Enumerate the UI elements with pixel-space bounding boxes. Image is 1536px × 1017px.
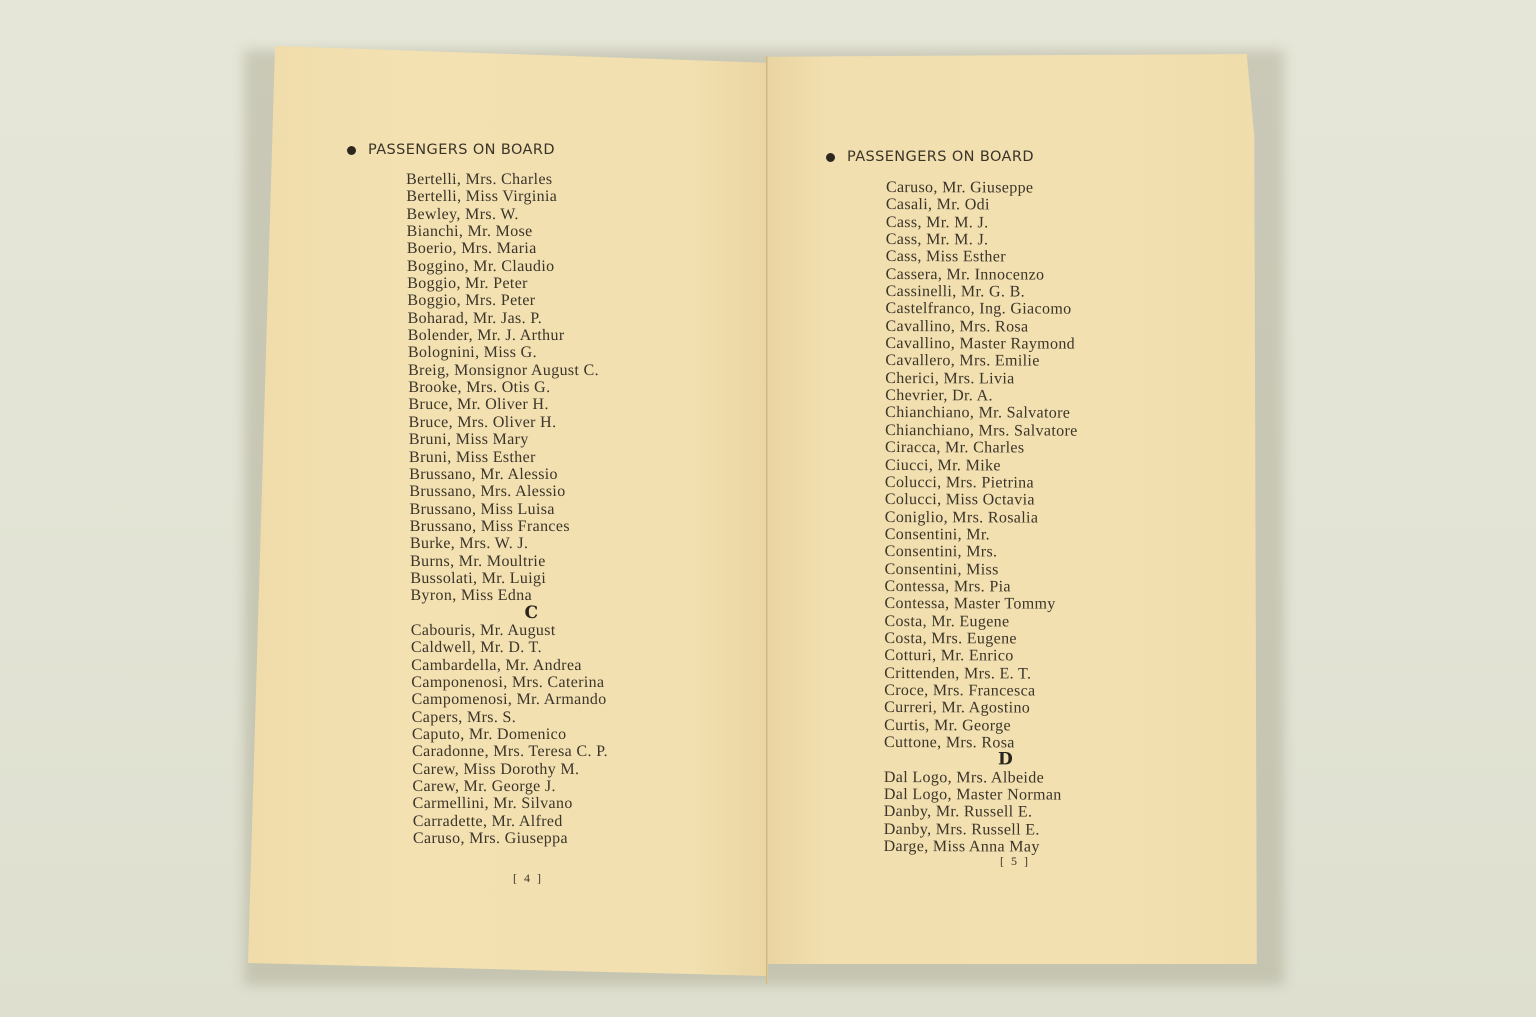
- passenger-entry: Bussolati, Mr. Luigi: [410, 570, 606, 587]
- passenger-entry: Boggio, Mr. Peter: [407, 275, 603, 292]
- passenger-entry: Carmellini, Mr. Silvano: [413, 795, 609, 812]
- passenger-entry: Cass, Mr. M. J.: [886, 231, 1079, 249]
- passenger-entry: Breig, Monsignor August C.: [408, 362, 604, 379]
- passenger-entry: Byron, Miss Edna: [410, 587, 606, 604]
- passenger-entry: Cassera, Mr. Innocenzo: [886, 266, 1079, 284]
- right-page-number: [ 5 ]: [1000, 854, 1030, 869]
- passenger-entry: Brussano, Mr. Alessio: [409, 466, 605, 483]
- passenger-entry: Campomenosi, Mr. Armando: [411, 691, 607, 708]
- passenger-entry: Boggino, Mr. Claudio: [407, 258, 603, 275]
- passenger-entry: Chianchiano, Mrs. Salvatore: [885, 422, 1078, 440]
- section-letter: C: [411, 605, 607, 622]
- passenger-entry: Boggio, Mrs. Peter: [407, 292, 603, 309]
- passenger-entry: Cavallino, Master Raymond: [885, 335, 1078, 353]
- passenger-entry: Bolognini, Miss G.: [408, 344, 604, 361]
- passenger-entry: Bruni, Miss Mary: [409, 431, 605, 448]
- passenger-entry: Consentini, Mrs.: [885, 543, 1078, 561]
- right-passenger-list: Caruso, Mr. GiuseppeCasali, Mr. OdiCass,…: [884, 179, 1079, 856]
- section-letter: D: [884, 751, 1077, 769]
- passenger-entry: Danby, Mr. Russell E.: [884, 803, 1077, 821]
- left-page-number: [ 4 ]: [513, 871, 543, 886]
- passenger-entry: Castelfranco, Ing. Giacomo: [886, 300, 1079, 318]
- passenger-entry: Costa, Mrs. Eugene: [884, 630, 1077, 648]
- left-passenger-list: Bertelli, Mrs. CharlesBertelli, Miss Vir…: [406, 171, 609, 847]
- passenger-entry: Caputo, Mr. Domenico: [412, 726, 608, 743]
- passenger-entry: Cavallero, Mrs. Emilie: [885, 352, 1078, 370]
- passenger-entry: Chevrier, Dr. A.: [885, 387, 1078, 405]
- passenger-entry: Carew, Mr. George J.: [412, 778, 608, 795]
- passenger-entry: Cherici, Mrs. Livia: [885, 370, 1078, 388]
- passenger-entry: Bertelli, Mrs. Charles: [406, 171, 602, 188]
- passenger-entry: Cass, Miss Esther: [886, 248, 1079, 266]
- passenger-entry: Cass, Mr. M. J.: [886, 214, 1079, 232]
- passenger-entry: Burke, Mrs. W. J.: [410, 535, 606, 552]
- passenger-entry: Burns, Mr. Moultrie: [410, 553, 606, 570]
- passenger-entry: Bruce, Mr. Oliver H.: [408, 396, 604, 413]
- passenger-entry: Bewley, Mrs. W.: [406, 206, 602, 223]
- passenger-entry: Camponenosi, Mrs. Caterina: [411, 674, 607, 691]
- passenger-entry: Boharad, Mr. Jas. P.: [407, 310, 603, 327]
- passenger-entry: Cuttone, Mrs. Rosa: [884, 734, 1077, 752]
- bullet-icon: [826, 153, 835, 162]
- passenger-entry: Colucci, Mrs. Pietrina: [885, 474, 1078, 492]
- passenger-entry: Dal Logo, Master Norman: [884, 786, 1077, 804]
- booklet-spine: [766, 56, 768, 984]
- passenger-entry: Crittenden, Mrs. E. T.: [884, 665, 1077, 683]
- passenger-entry: Costa, Mr. Eugene: [884, 613, 1077, 631]
- passenger-entry: Chianchiano, Mr. Salvatore: [885, 404, 1078, 422]
- passenger-entry: Dal Logo, Mrs. Albeide: [884, 769, 1077, 787]
- passenger-entry: Bruce, Mrs. Oliver H.: [409, 414, 605, 431]
- passenger-entry: Capers, Mrs. S.: [412, 709, 608, 726]
- passenger-entry: Consentini, Miss: [885, 561, 1078, 579]
- passenger-entry: Curreri, Mr. Agostino: [884, 699, 1077, 717]
- passenger-entry: Boerio, Mrs. Maria: [407, 240, 603, 257]
- passenger-entry: Contessa, Mrs. Pia: [885, 578, 1078, 596]
- passenger-entry: Bertelli, Miss Virginia: [406, 188, 602, 205]
- passenger-entry: Cavallino, Mrs. Rosa: [885, 318, 1078, 336]
- passenger-entry: Brussano, Miss Frances: [410, 518, 606, 535]
- left-header-text: PASSENGERS ON BOARD: [368, 142, 555, 158]
- passenger-entry: Coniglio, Mrs. Rosalia: [885, 509, 1078, 527]
- passenger-entry: Contessa, Master Tommy: [884, 595, 1077, 613]
- passenger-entry: Croce, Mrs. Francesca: [884, 682, 1077, 700]
- passenger-entry: Curtis, Mr. George: [884, 717, 1077, 735]
- passenger-entry: Cabouris, Mr. August: [411, 622, 607, 639]
- passenger-entry: Caradonne, Mrs. Teresa C. P.: [412, 743, 608, 760]
- passenger-entry: Brooke, Mrs. Otis G.: [408, 379, 604, 396]
- passenger-entry: Caldwell, Mr. D. T.: [411, 639, 607, 656]
- passenger-entry: Cotturi, Mr. Enrico: [884, 647, 1077, 665]
- passenger-entry: Brussano, Mrs. Alessio: [409, 483, 605, 500]
- passenger-entry: Brussano, Miss Luisa: [409, 501, 605, 518]
- passenger-entry: Carew, Miss Dorothy M.: [412, 761, 608, 778]
- passenger-entry: Carradette, Mr. Alfred: [413, 813, 609, 830]
- passenger-entry: Caruso, Mr. Giuseppe: [886, 179, 1079, 197]
- passenger-entry: Cambardella, Mr. Andrea: [411, 657, 607, 674]
- right-header-text: PASSENGERS ON BOARD: [847, 149, 1034, 165]
- passenger-entry: Danby, Mrs. Russell E.: [884, 821, 1077, 839]
- left-page-header: PASSENGERS ON BOARD: [347, 142, 555, 158]
- passenger-entry: Darge, Miss Anna May: [884, 838, 1077, 856]
- passenger-entry: Colucci, Miss Octavia: [885, 491, 1078, 509]
- passenger-entry: Bianchi, Mr. Mose: [407, 223, 603, 240]
- passenger-entry: Caruso, Mrs. Giuseppa: [413, 830, 609, 847]
- passenger-entry: Cassinelli, Mr. G. B.: [886, 283, 1079, 301]
- passenger-entry: Casali, Mr. Odi: [886, 196, 1079, 214]
- passenger-entry: Consentini, Mr.: [885, 526, 1078, 544]
- passenger-entry: Ciucci, Mr. Mike: [885, 456, 1078, 474]
- passenger-entry: Bolender, Mr. J. Arthur: [408, 327, 604, 344]
- passenger-entry: Bruni, Miss Esther: [409, 449, 605, 466]
- bullet-icon: [347, 146, 356, 155]
- passenger-entry: Ciracca, Mr. Charles: [885, 439, 1078, 457]
- right-page-header: PASSENGERS ON BOARD: [826, 149, 1034, 165]
